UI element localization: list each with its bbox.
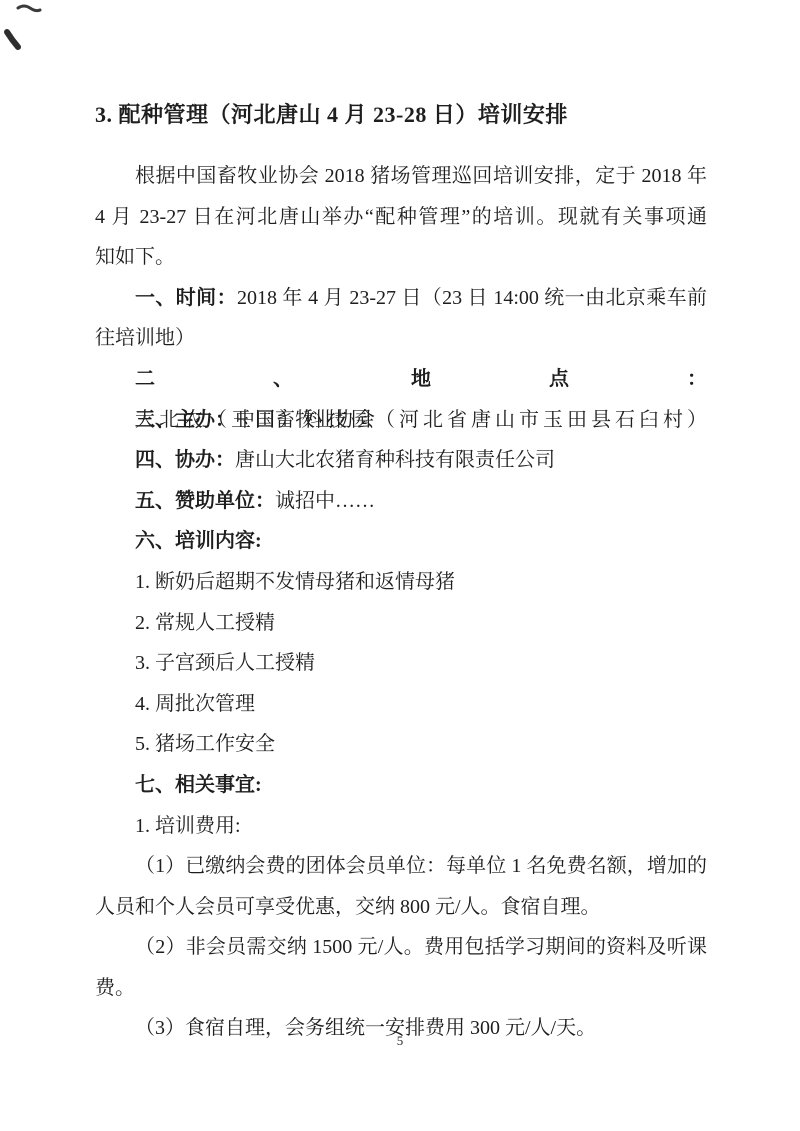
text-line: 二、地点：大北农（玉田）科技园（河北省唐山市玉田县石臼村） — [95, 359, 707, 400]
line-text: （1）已缴纳会费的团体会员单位：每单位 1 名免费名额，增加的 — [135, 855, 707, 877]
heading-label: 四、协办： — [135, 449, 235, 471]
text-line: 往培训地） — [95, 318, 707, 359]
scan-artifact-marks — [0, 0, 60, 60]
text-line: 4. 周批次管理 — [95, 684, 707, 725]
text-line: （2）非会员需交纳 1500 元/人。费用包括学习期间的资料及听课 — [95, 927, 707, 968]
text-line: 人员和个人会员可享受优惠，交纳 800 元/人。食宿自理。 — [95, 887, 707, 928]
page-title: 3. 配种管理（河北唐山 4 月 23-28 日）培训安排 — [95, 100, 707, 130]
line-text: 2. 常规人工授精 — [135, 612, 275, 634]
line-text: 2018 年 4 月 23-27 日（23 日 14:00 统一由北京乘车前 — [237, 287, 707, 309]
text-line: 六、培训内容: — [95, 521, 707, 562]
text-line: 1. 断奶后超期不发情母猪和返情母猪 — [95, 562, 707, 603]
text-line: 3. 子宫颈后人工授精 — [95, 643, 707, 684]
line-text: 人员和个人会员可享受优惠，交纳 800 元/人。食宿自理。 — [95, 896, 601, 918]
line-text: 中国畜牧业协会 — [235, 409, 375, 431]
document-lines: 根据中国畜牧业协会 2018 猪场管理巡回培训安排，定于 2018 年4 月 2… — [95, 156, 707, 1049]
line-text: 根据中国畜牧业协会 2018 猪场管理巡回培训安排，定于 2018 年 — [135, 165, 707, 187]
line-text: 往培训地） — [95, 327, 195, 349]
line-text: 诚招中…… — [275, 490, 375, 512]
page-number: 5 — [0, 1032, 800, 1050]
text-line: 五、赞助单位：诚招中…… — [95, 481, 707, 522]
text-line: 四、协办：唐山大北农猪育种科技有限责任公司 — [95, 440, 707, 481]
heading-label: 五、赞助单位： — [135, 490, 275, 512]
text-line: 一、时间：2018 年 4 月 23-27 日（23 日 14:00 统一由北京… — [95, 278, 707, 319]
heading-label: 七、相关事宜: — [135, 774, 262, 796]
line-text: 4. 周批次管理 — [135, 693, 255, 715]
text-line: （1）已缴纳会费的团体会员单位：每单位 1 名免费名额，增加的 — [95, 846, 707, 887]
text-line: 知如下。 — [95, 237, 707, 278]
line-text: 1. 培训费用: — [135, 815, 241, 837]
text-line: 5. 猪场工作安全 — [95, 724, 707, 765]
text-line: 4 月 23-27 日在河北唐山举办“配种管理”的培训。现就有关事项通 — [95, 197, 707, 238]
line-text: 4 月 23-27 日在河北唐山举办“配种管理”的培训。现就有关事项通 — [95, 206, 707, 228]
line-text: 3. 子宫颈后人工授精 — [135, 652, 315, 674]
text-line: 2. 常规人工授精 — [95, 603, 707, 644]
heading-label: 六、培训内容: — [135, 530, 262, 552]
line-text: 5. 猪场工作安全 — [135, 733, 275, 755]
heading-label: 一、时间： — [135, 287, 237, 309]
text-line: 根据中国畜牧业协会 2018 猪场管理巡回培训安排，定于 2018 年 — [95, 156, 707, 197]
text-line: 费。 — [95, 968, 707, 1009]
text-line: 1. 培训费用: — [95, 806, 707, 847]
document-body: 3. 配种管理（河北唐山 4 月 23-28 日）培训安排 根据中国畜牧业协会 … — [95, 100, 707, 1049]
line-text: 知如下。 — [95, 246, 175, 268]
heading-label: 三、主办： — [135, 409, 235, 431]
text-line: 七、相关事宜: — [95, 765, 707, 806]
line-text: 1. 断奶后超期不发情母猪和返情母猪 — [135, 571, 455, 593]
line-text: （2）非会员需交纳 1500 元/人。费用包括学习期间的资料及听课 — [135, 936, 707, 958]
heading-label: 二、地点： — [135, 368, 707, 390]
line-text: 唐山大北农猪育种科技有限责任公司 — [235, 449, 555, 471]
line-text: 费。 — [95, 977, 135, 999]
document-page: 3. 配种管理（河北唐山 4 月 23-28 日）培训安排 根据中国畜牧业协会 … — [0, 0, 800, 1131]
